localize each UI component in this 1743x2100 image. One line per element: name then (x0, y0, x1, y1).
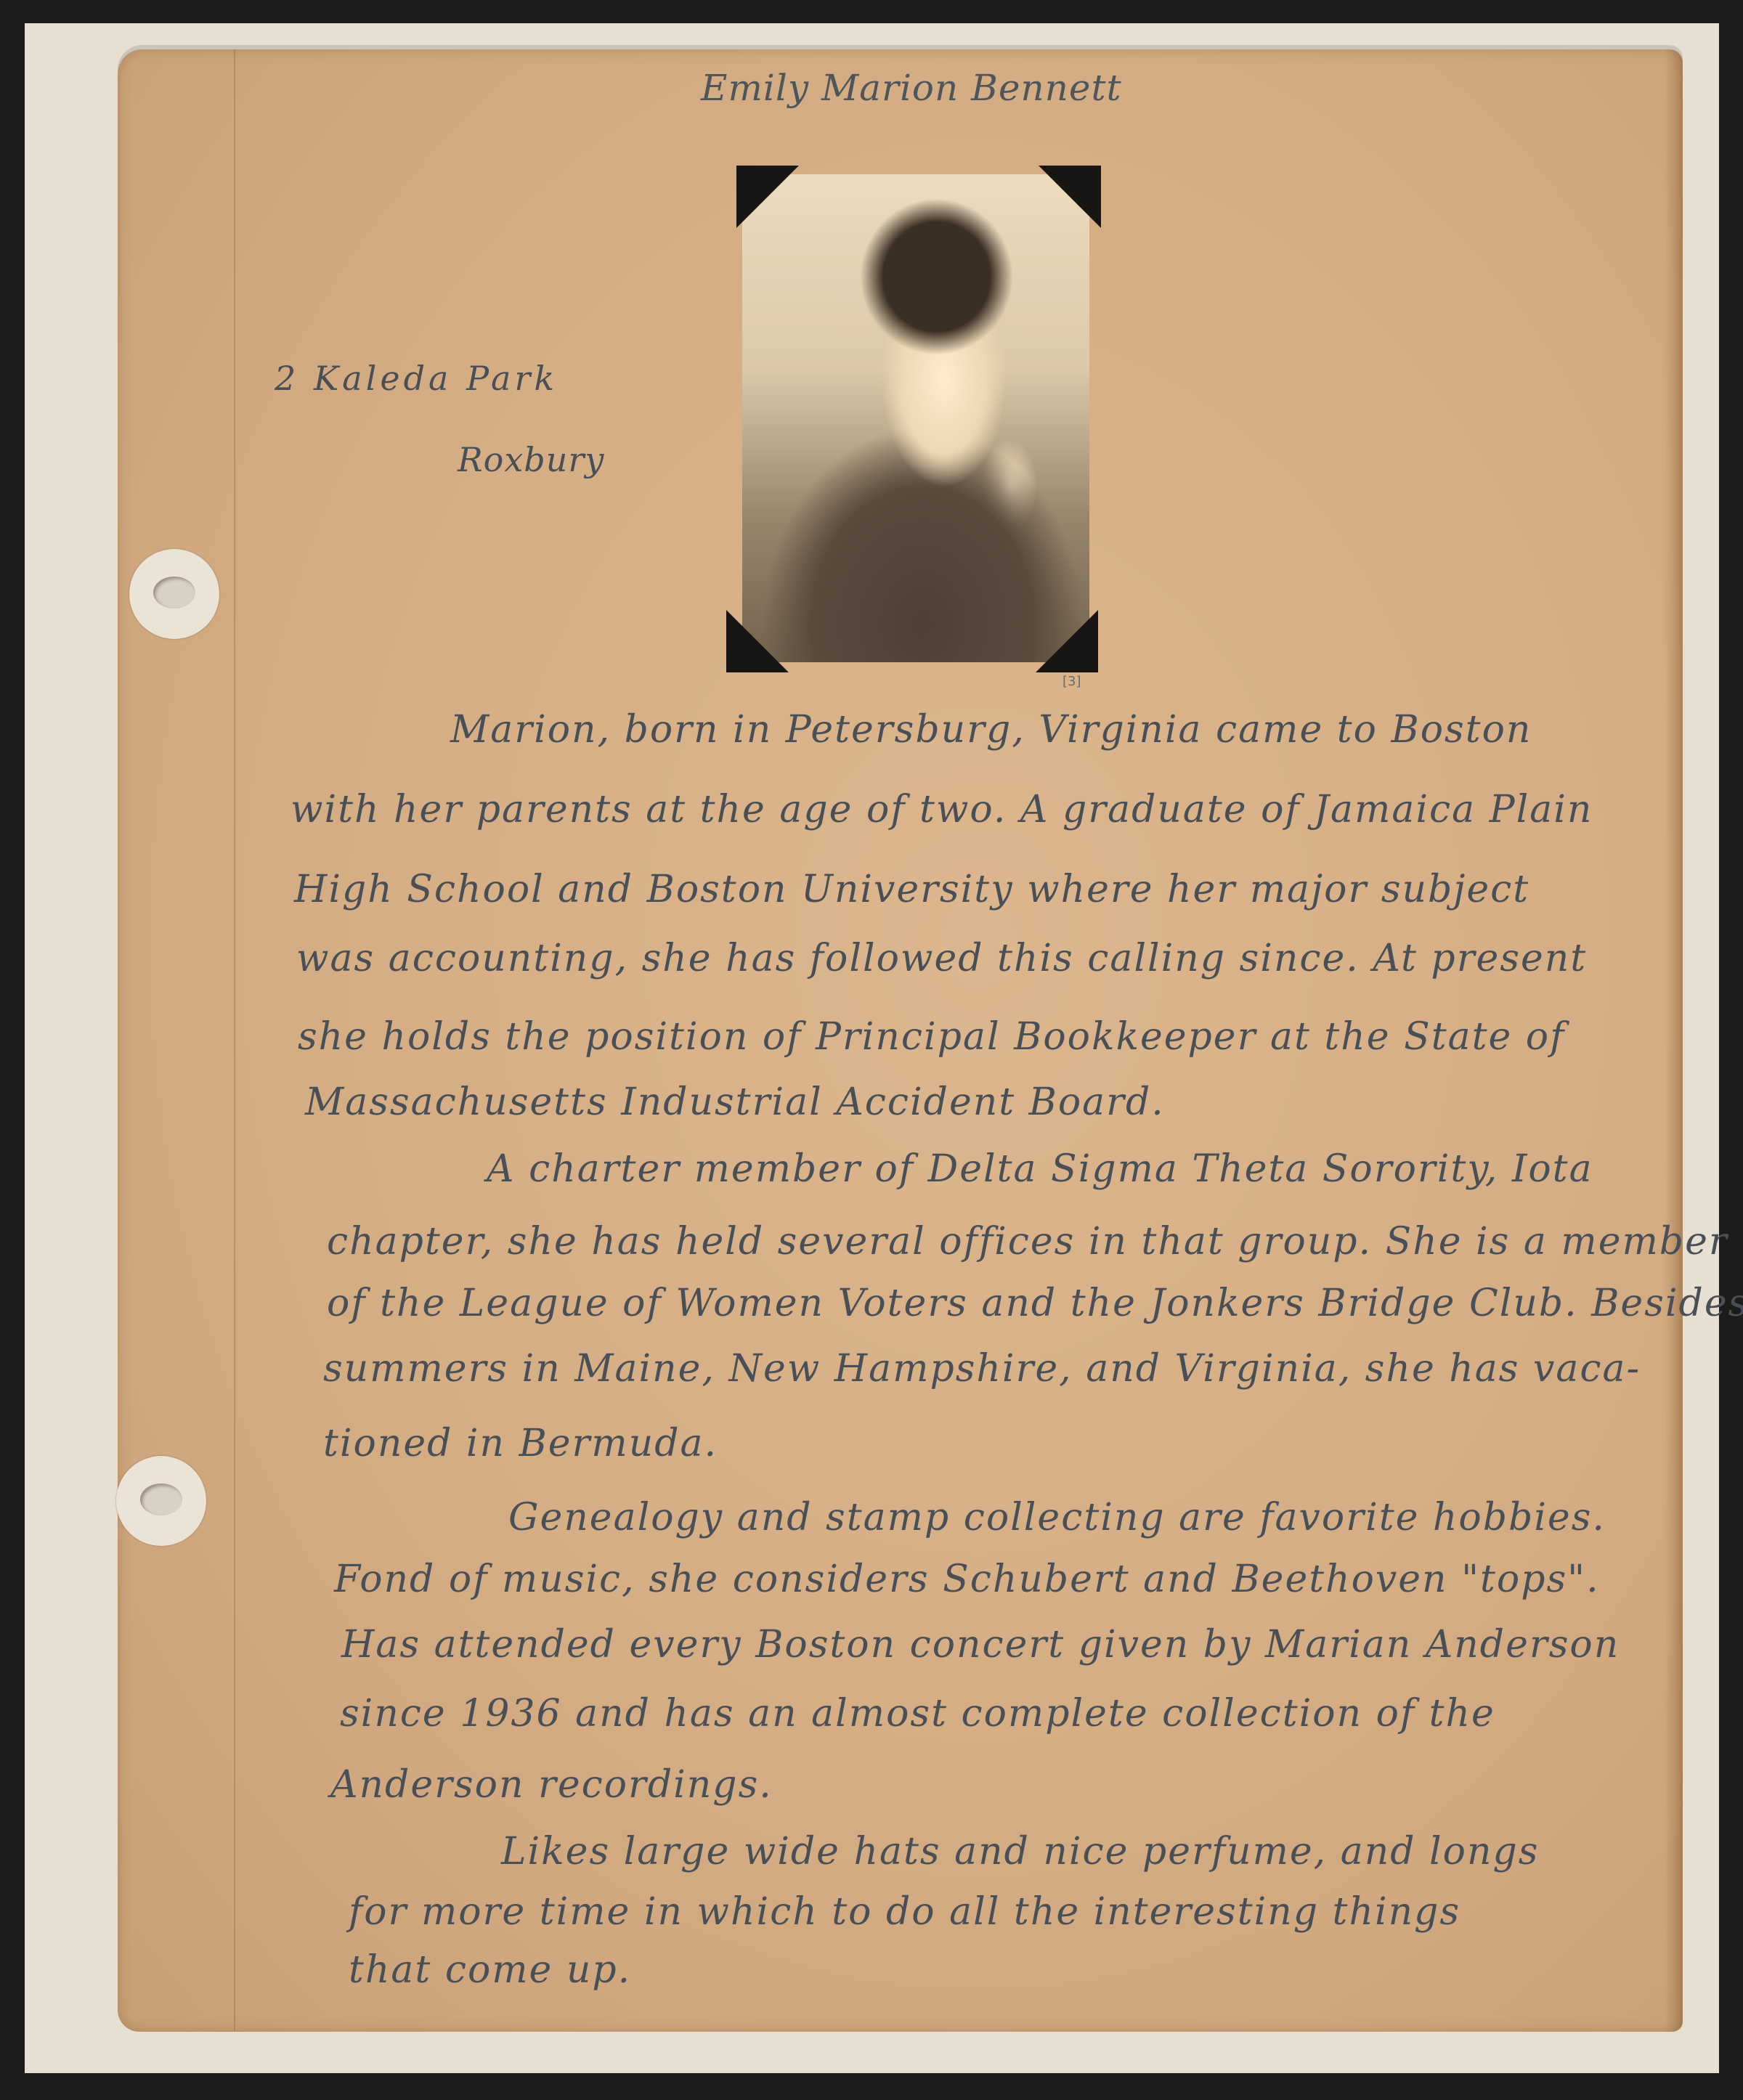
page-title: Emily Marion Bennett (701, 67, 1122, 109)
page-fold-line (234, 49, 235, 2032)
text-line: chapter, she has held several offices in… (327, 1220, 1728, 1263)
text-line: Likes large wide hats and nice perfume, … (501, 1830, 1539, 1873)
text-line: summers in Maine, New Hampshire, and Vir… (323, 1347, 1641, 1391)
portrait-image (742, 174, 1089, 662)
text-line: Fond of music, she considers Schubert an… (334, 1558, 1600, 1601)
text-line: she holds the position of Principal Book… (298, 1015, 1565, 1059)
text-line: Has attended every Boston concert given … (341, 1623, 1620, 1666)
hole-reinforcement-icon (129, 549, 219, 639)
text-line: Anderson recordings. (330, 1763, 773, 1807)
text-line: Massachusetts Industrial Accident Board. (305, 1080, 1165, 1124)
page-edge-shadow (1664, 49, 1683, 2032)
text-line: A charter member of Delta Sigma Theta So… (487, 1147, 1593, 1191)
text-line: of the League of Women Voters and the Jo… (327, 1282, 1743, 1325)
portrait-photo (726, 166, 1105, 672)
text-line: was accounting, she has followed this ca… (296, 937, 1587, 980)
address-street: 2 Kaleda Park (275, 359, 558, 398)
text-line: tioned in Bermuda. (323, 1422, 718, 1465)
text-line: Genealogy and stamp collecting are favor… (508, 1496, 1606, 1539)
text-line: High School and Boston University where … (294, 868, 1529, 911)
photo-number-label: [3] (1063, 674, 1081, 689)
text-line: for more time in which to do all the int… (349, 1890, 1460, 1934)
text-line: since 1936 and has an almost complete co… (340, 1692, 1495, 1735)
hole-reinforcement-icon (116, 1456, 206, 1546)
text-line: Marion, born in Petersburg, Virginia cam… (450, 708, 1532, 752)
address-neighborhood: Roxbury (458, 440, 604, 479)
text-line: with her parents at the age of two. A gr… (290, 788, 1593, 831)
text-line: that come up. (349, 1948, 631, 1992)
